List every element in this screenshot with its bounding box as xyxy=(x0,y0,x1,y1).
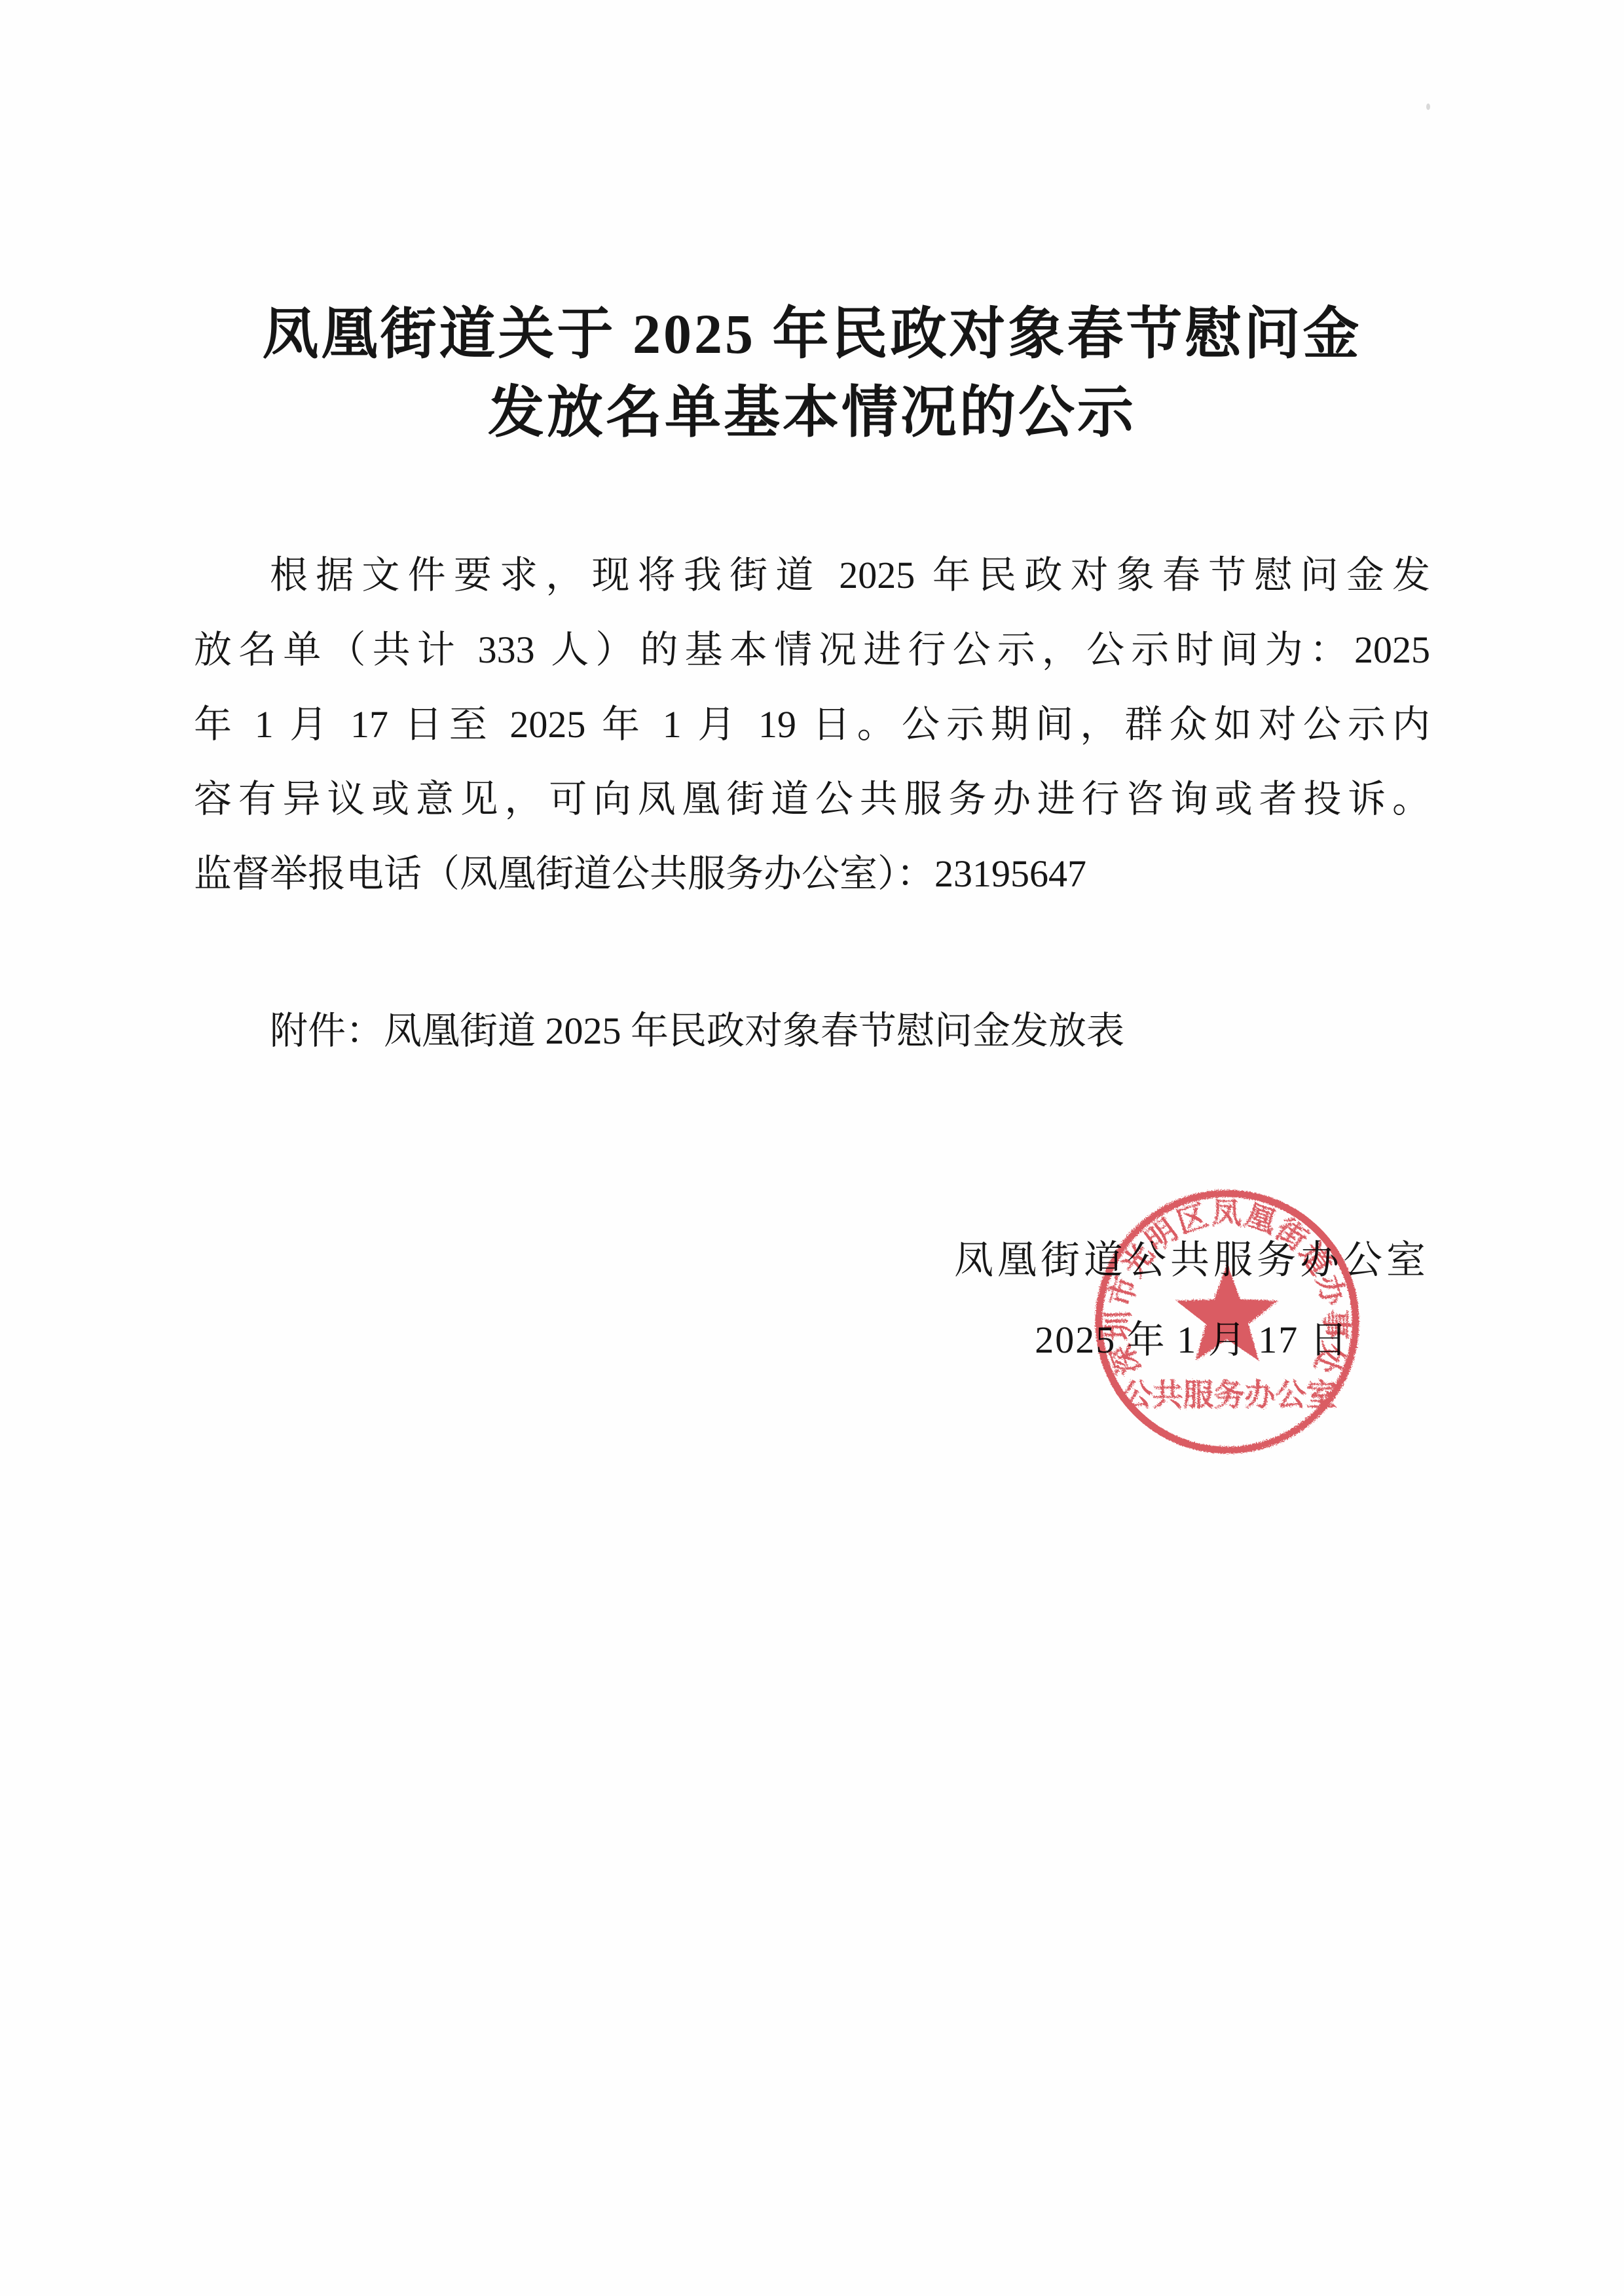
scan-noise-dot xyxy=(1426,103,1430,110)
body-line-2: 放名单（共计 333 人）的基本情况进行公示，公示时间为：2025 xyxy=(194,613,1430,687)
body-line-5: 监督举报电话（凤凰街道公共服务办公室）：23195647 xyxy=(194,837,1430,911)
notice-body: 根据文件要求，现将我街道 2025 年民政对象春节慰问金发 放名单（共计 333… xyxy=(194,538,1430,911)
notice-title: 凤凰街道关于 2025 年民政对象春节慰问金 发放名单基本情况的公示 xyxy=(0,295,1624,452)
notice-title-line1: 凤凰街道关于 2025 年民政对象春节慰问金 xyxy=(0,295,1624,373)
body-line-3: 年 1 月 17 日至 2025 年 1 月 19 日。公示期间，群众如对公示内 xyxy=(194,687,1430,762)
body-line-4: 容有异议或意见，可向凤凰街道公共服务办进行咨询或者投诉。 xyxy=(194,762,1430,837)
notice-document-page: 凤凰街道关于 2025 年民政对象春节慰问金 发放名单基本情况的公示 根据文件要… xyxy=(0,0,1624,2296)
attachment-line: 附件：凤凰街道 2025 年民政对象春节慰问金发放表 xyxy=(194,994,1430,1068)
official-seal-stamp: 深圳市光明区凤凰街道办事处 公共服务办公室 xyxy=(1088,1183,1366,1461)
star-icon xyxy=(1176,1264,1278,1360)
notice-title-line2: 发放名单基本情况的公示 xyxy=(0,373,1624,452)
body-line-1: 根据文件要求，现将我街道 2025 年民政对象春节慰问金发 xyxy=(194,538,1430,613)
seal-banner-text: 公共服务办公室 xyxy=(1122,1379,1337,1413)
